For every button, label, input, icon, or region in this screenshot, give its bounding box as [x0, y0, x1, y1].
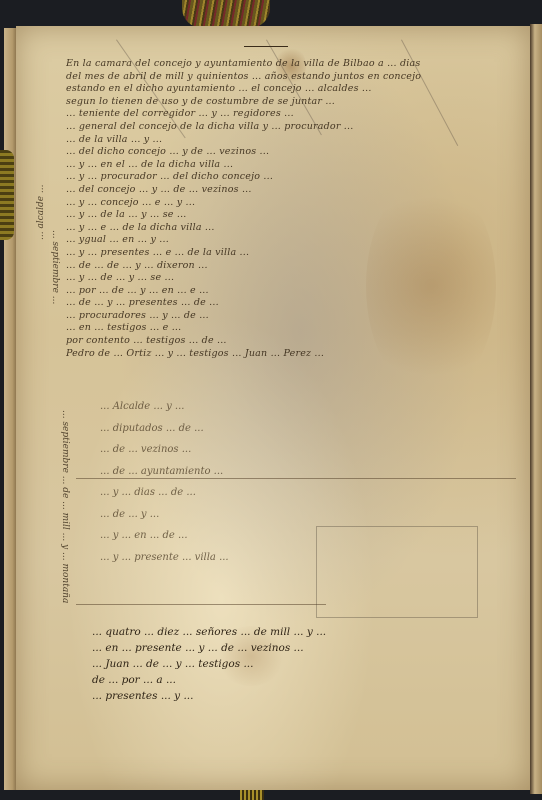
- text-line: ... diputados ... de ...: [100, 418, 520, 440]
- tassel-bottom: [240, 790, 264, 800]
- text-line: ... general del concejo de la dicha vill…: [66, 121, 521, 134]
- text-line: ... y ... procurador ... del dicho conce…: [66, 171, 521, 184]
- text-line: ... de ... y ...: [100, 504, 520, 526]
- margin-note-bottom: ... septiembre ... de ... mill ... y ...…: [60, 410, 70, 780]
- tassel-left: [0, 150, 14, 240]
- text-line: ... Juan ... de ... y ... testigos ...: [92, 656, 512, 672]
- text-line: ... quatro ... diez ... señores ... de m…: [92, 624, 512, 640]
- faded-text-block: ... Alcalde ... y ... ... diputados ... …: [100, 396, 520, 568]
- text-line: ... de ... ayuntamiento ...: [100, 461, 520, 483]
- text-line: ... y ... concejo ... e ... y ...: [66, 197, 521, 210]
- text-line: del mes de abril de mill y quinientos ..…: [66, 71, 521, 84]
- text-line: ... presentes ... y ...: [92, 688, 512, 704]
- margin-note-top: ... alcalde ...: [36, 80, 46, 240]
- tassel-top: [182, 0, 270, 28]
- text-line: ... y ... en ... de ...: [100, 525, 520, 547]
- text-line: ... y ... dias ... de ...: [100, 482, 520, 504]
- text-line: ... ygual ... en ... y ...: [66, 234, 521, 247]
- text-line: ... y ... e ... de la dicha villa ...: [66, 222, 521, 235]
- ruled-line: [76, 604, 326, 605]
- main-text-block: En la camara del concejo y ayuntamiento …: [66, 58, 521, 360]
- text-line: de ... por ... a ...: [92, 672, 512, 688]
- text-line: ... y ... presente ... villa ...: [100, 547, 520, 569]
- text-line: ... de ... de ... y ... dixeron ...: [66, 260, 521, 273]
- closing-text-block: ... quatro ... diez ... señores ... de m…: [92, 624, 512, 704]
- text-line: ... en ... testigos ... e ...: [66, 322, 521, 335]
- text-line: ... procuradores ... y ... de ...: [66, 310, 521, 323]
- margin-note-middle: ... septiembre ...: [50, 230, 60, 390]
- text-line: ... de ... y ... presentes ... de ...: [66, 297, 521, 310]
- book-edge-right: [530, 24, 542, 794]
- text-line: ... de ... vezinos ...: [100, 439, 520, 461]
- text-line: En la camara del concejo y ayuntamiento …: [66, 58, 521, 71]
- text-line: ... de la villa ... y ...: [66, 134, 521, 147]
- text-line: Pedro de ... Ortiz ... y ... testigos ..…: [66, 348, 521, 361]
- text-line: ... y ... en el ... de la dicha villa ..…: [66, 159, 521, 172]
- text-line: ... en ... presente ... y ... de ... vez…: [92, 640, 512, 656]
- text-line: segun lo tienen de uso y de costumbre de…: [66, 96, 521, 109]
- text-line: estando en el dicho ayuntamiento ... el …: [66, 83, 521, 96]
- text-line: ... y ... de ... y ... se ...: [66, 272, 521, 285]
- text-line: ... del concejo ... y ... de ... vezinos…: [66, 184, 521, 197]
- text-line: ... y ... de la ... y ... se ...: [66, 209, 521, 222]
- text-line: por contento ... testigos ... de ...: [66, 335, 521, 348]
- text-line: ... Alcalde ... y ...: [100, 396, 520, 418]
- text-line: ... teniente del corregidor ... y ... re…: [66, 108, 521, 121]
- text-line: ... y ... presentes ... e ... de la vill…: [66, 247, 521, 260]
- heading-rule: [244, 46, 288, 47]
- text-line: ... del dicho concejo ... y de ... vezin…: [66, 146, 521, 159]
- text-line: ... por ... de ... y ... en ... e ...: [66, 285, 521, 298]
